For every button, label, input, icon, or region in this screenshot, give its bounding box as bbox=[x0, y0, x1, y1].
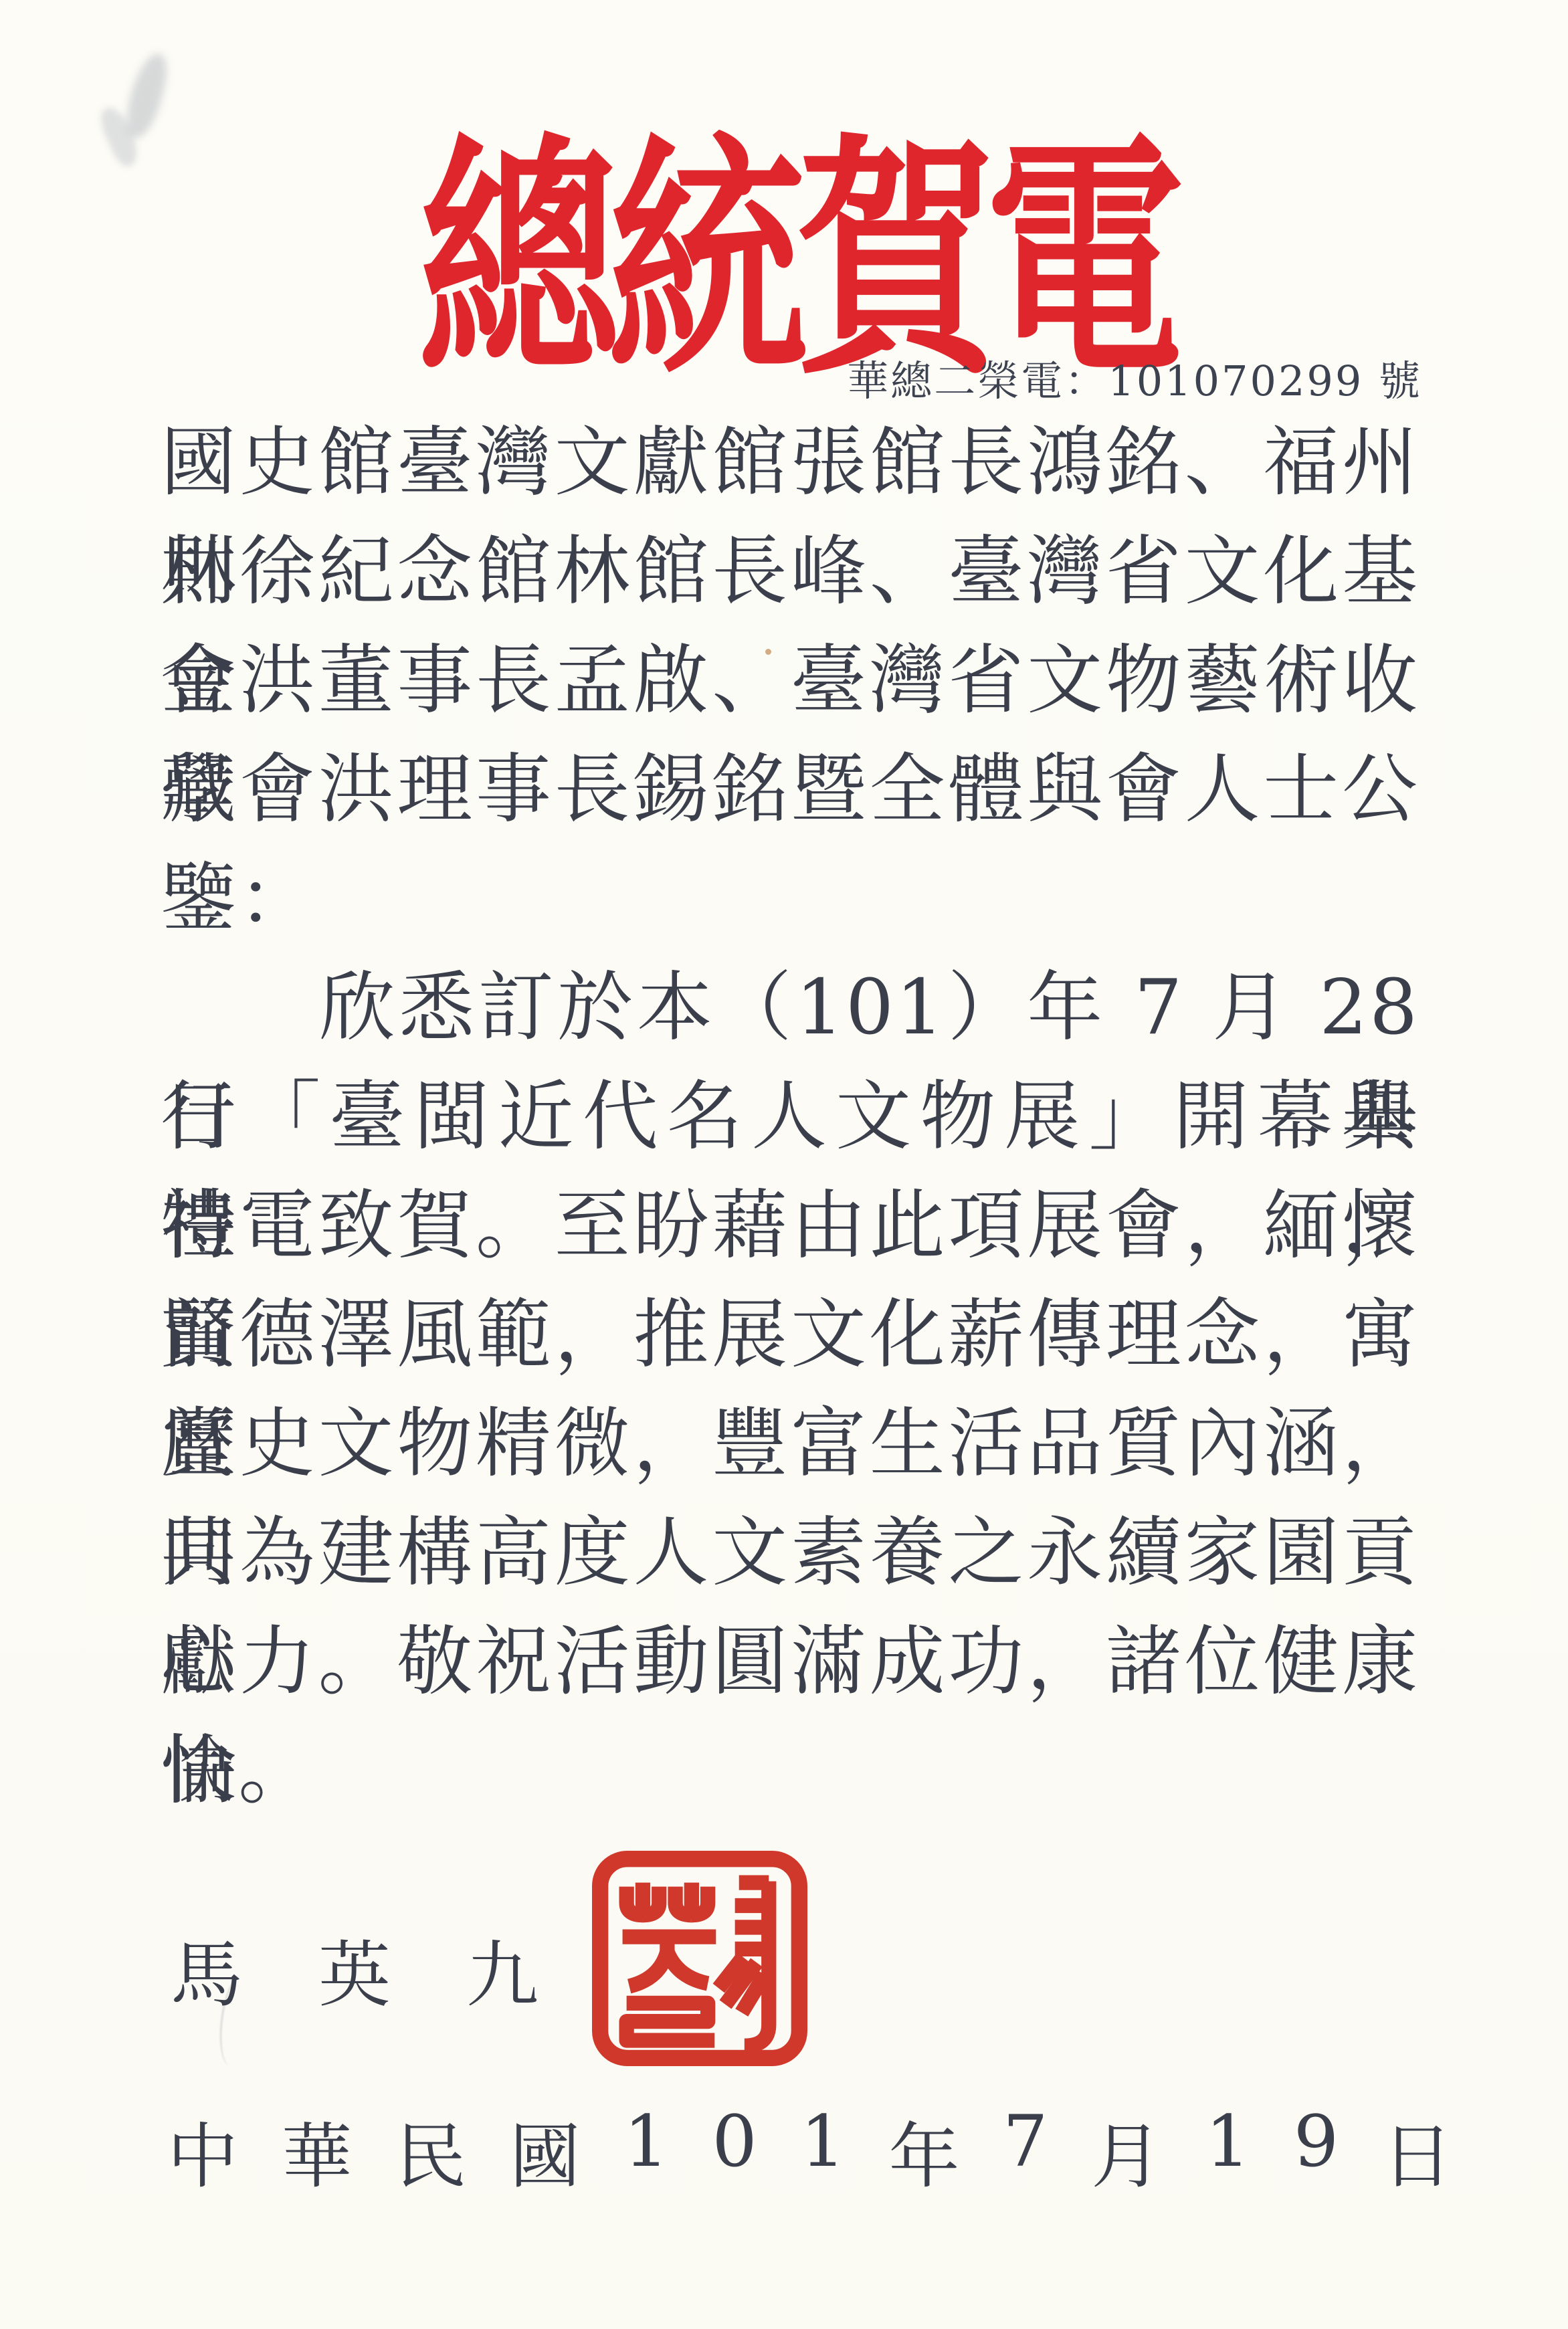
date-token: 月 bbox=[1091, 2100, 1162, 2202]
date-token: 9 bbox=[1294, 2100, 1339, 2202]
seal-stroke bbox=[627, 2003, 715, 2041]
seal-stamp-icon bbox=[591, 1850, 808, 2067]
body-line: 同為建構高度人文素養之永續家園貢獻 bbox=[161, 1498, 1419, 1607]
date-token: 日 bbox=[1382, 2100, 1453, 2202]
date-token: 7 bbox=[1003, 2100, 1048, 2202]
date-token: 華 bbox=[282, 2100, 353, 2202]
date-token: 1 bbox=[623, 2100, 668, 2202]
date-token: 0 bbox=[712, 2100, 757, 2202]
date-token: 國 bbox=[510, 2100, 581, 2202]
body-line: 快。 bbox=[161, 1716, 1419, 1825]
body-line: 欣悉訂於本（101）年 7 月 28 日舉 bbox=[161, 953, 1419, 1062]
seal-script-strokes bbox=[623, 1882, 769, 2046]
body-line: 國史館臺灣文獻館張館長鴻銘、福州林 bbox=[161, 408, 1419, 517]
signature-char: 馬 bbox=[171, 1917, 243, 2021]
body-line: 心力。敬祝活動圓滿成功，諸位健康愉 bbox=[161, 1607, 1419, 1716]
body-line: 學會洪理事長錫銘暨全體與會人士公 bbox=[161, 735, 1419, 844]
body-line: 賢德澤風範，推展文化薪傳理念，寓賞 bbox=[161, 1280, 1419, 1389]
body-line: 鑒： bbox=[161, 844, 1419, 953]
signature-char: 九 bbox=[466, 1917, 538, 2021]
presidential-name-seal bbox=[591, 1850, 808, 2067]
body-line: 歷史文物精微，豐富生活品質內涵，共 bbox=[161, 1389, 1419, 1498]
body-line: 行「臺閩近代名人文物展」開幕典禮， bbox=[161, 1062, 1419, 1171]
date-token: 年 bbox=[889, 2100, 960, 2202]
body-line: 會洪董事長孟啟、臺灣省文物藝術收藏 bbox=[161, 626, 1419, 735]
seal-stroke bbox=[667, 1952, 708, 1984]
date-token: 中 bbox=[167, 2100, 238, 2202]
body-line: 則徐紀念館林館長峰、臺灣省文化基金 bbox=[161, 517, 1419, 626]
date-token: 1 bbox=[1205, 2100, 1250, 2202]
scanned-telegram-page: { "colors": { "title_red": "#e0262d", "s… bbox=[0, 0, 1568, 2329]
telegram-body: 國史館臺灣文獻館張館長鴻銘、福州林 則徐紀念館林館長峰、臺灣省文化基金 會洪董事… bbox=[161, 408, 1419, 1825]
signature: 馬 英 九 bbox=[171, 1917, 538, 2021]
date-token: 1 bbox=[800, 2100, 845, 2202]
date-line: 中 華 民 國 1 0 1 年 7 月 1 9 日 bbox=[167, 2100, 1453, 2202]
reference-number: 華總二榮電：101070299 號 bbox=[847, 348, 1422, 407]
date-token: 民 bbox=[395, 2100, 466, 2202]
signature-char: 英 bbox=[318, 1917, 391, 2021]
body-line: 特電致賀。至盼藉由此項展會，緬懷前 bbox=[161, 1171, 1419, 1280]
